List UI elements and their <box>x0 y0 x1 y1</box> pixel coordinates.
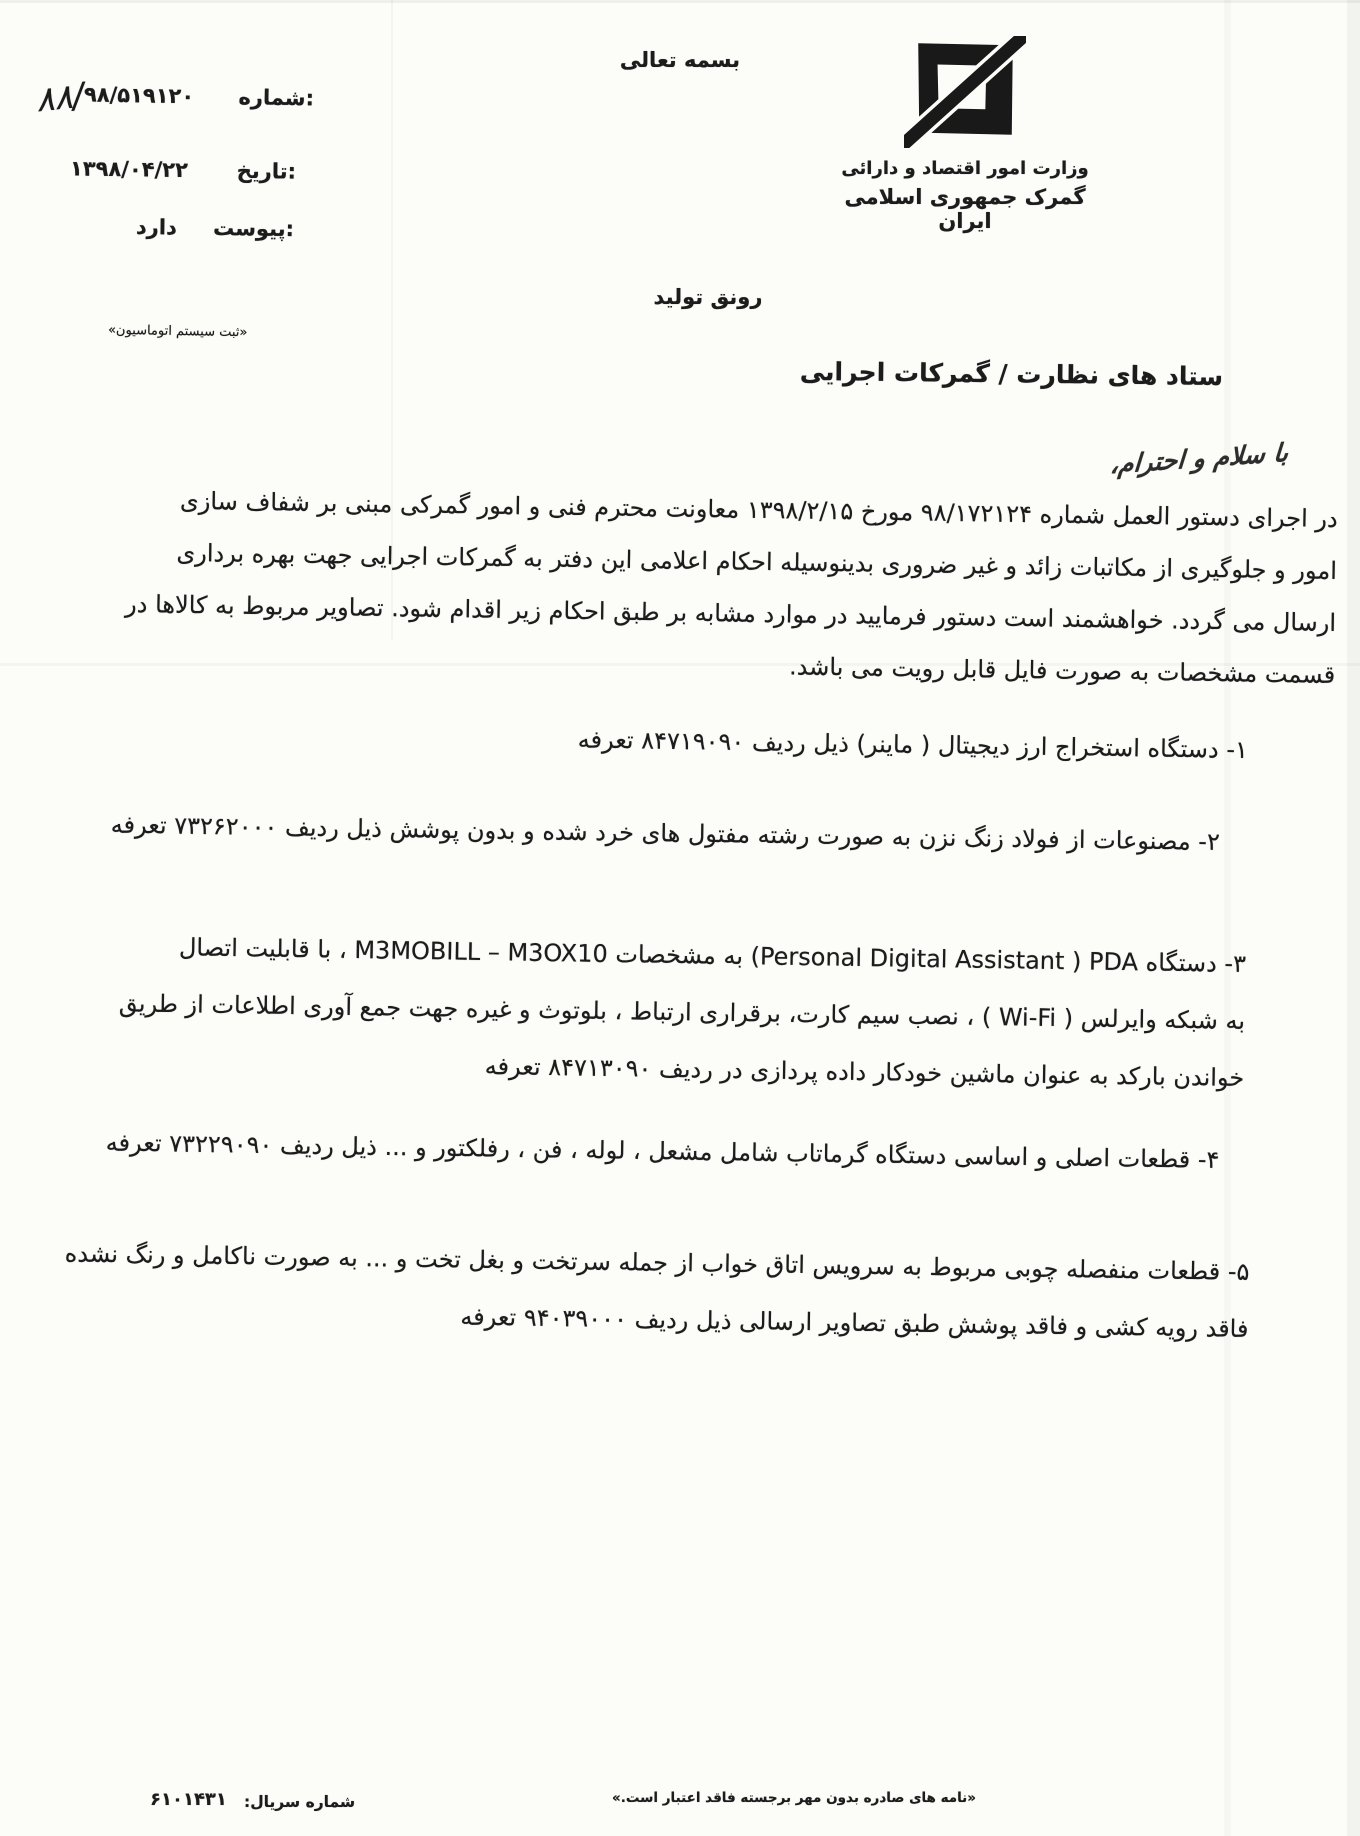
list-item-2: ۲- مصنوعات از فولاد زنگ نزن به صورت رشته… <box>110 803 1220 877</box>
customs-logo-icon <box>830 36 1100 148</box>
list-item-4: ۴- قطعات اصلی و اساسی دستگاه گرماتاب شام… <box>105 1121 1220 1195</box>
ref-number-row: ۸۸/ ۹۸/۵۱۹۱۲۰ شماره: <box>36 82 314 111</box>
date-value: ۱۳۹۸/۰۴/۲۲ <box>70 156 188 182</box>
attachment-label: پیوست: <box>213 216 294 241</box>
serial-number-label: شماره سریال: <box>244 1793 355 1811</box>
list-item-1: ۱- دستگاه استخراج ارز دیجیتال ( ماینر) ذ… <box>577 717 1248 785</box>
footer-notice: «نامه های صادره بدون مهر برجسته فاقد اعت… <box>612 1790 976 1806</box>
date-label: تاریخ: <box>237 159 297 184</box>
scanned-letter-page: بسمه تعالی وزارت امور اقتصاد و دارائی گم… <box>0 0 1360 1836</box>
scan-edge-top <box>0 0 1360 3</box>
ministry-name: وزارت امور اقتصاد و دارائی <box>830 158 1100 179</box>
ref-number-label: شماره: <box>238 85 314 110</box>
list-item-3: ۳- دستگاه PDA‏ ( Personal Digital Assist… <box>117 924 1246 1113</box>
date-row: ۱۳۹۸/۰۴/۲۲ تاریخ: <box>70 156 296 183</box>
ref-number-printed: ۹۸/۵۱۹۱۲۰ <box>84 82 195 108</box>
body-paragraph: در اجرای دستور العمل شماره ۹۸/۱۷۲۱۲۴ مور… <box>124 479 1338 706</box>
automation-note: «ثبت سیستم اتوماسیون» <box>108 323 248 340</box>
item-line: ۲- مصنوعات از فولاد زنگ نزن به صورت رشته… <box>110 803 1220 877</box>
scan-crease-vertical-2 <box>1224 0 1231 1836</box>
list-item-5: ۵- قطعات منفصله چوبی مربوط به سرویس اتاق… <box>64 1231 1250 1364</box>
letterhead: وزارت امور اقتصاد و دارائی گمرک جمهوری ا… <box>830 36 1100 233</box>
attachment-row: دارد پیوست: <box>136 215 294 241</box>
production-slogan: رونق تولید <box>626 285 790 309</box>
attachment-value: دارد <box>136 215 177 240</box>
item-line: ۴- قطعات اصلی و اساسی دستگاه گرماتاب شام… <box>105 1121 1220 1195</box>
bismillah: بسمه تعالی <box>570 48 790 72</box>
ref-number-handwritten: ۸۸/ <box>35 86 85 111</box>
serial-number-value: ۶۱۰۱۴۳۱ <box>150 1789 227 1810</box>
item-line: ۱- دستگاه استخراج ارز دیجیتال ( ماینر) ذ… <box>577 717 1248 785</box>
recipient-heading: ستاد های نظارت / گمرکات اجرایی <box>799 357 1223 391</box>
salutation: با سلام و احترام، <box>1109 438 1289 480</box>
customs-org-name: گمرک جمهوری اسلامی ایران <box>830 185 1100 233</box>
scan-edge-right <box>1347 0 1360 1836</box>
